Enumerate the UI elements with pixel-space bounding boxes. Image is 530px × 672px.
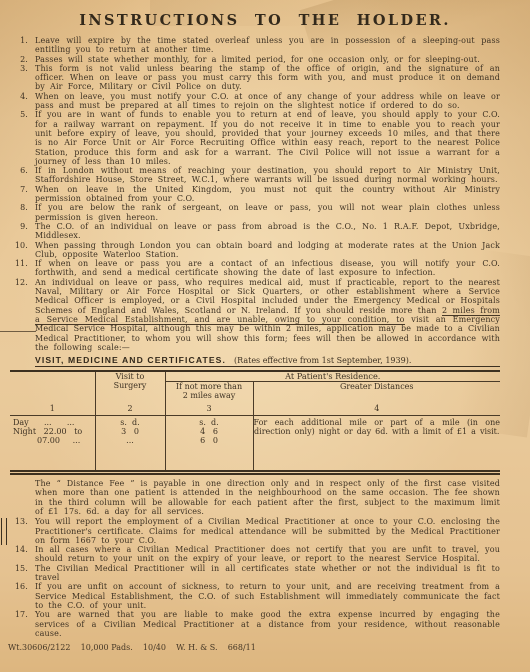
- rates-heading-subtext: (Rates effective from 1st September, 193…: [234, 356, 411, 365]
- item-number: 1.: [8, 36, 35, 55]
- instruction-item-6: 6.If in London without means of reaching…: [8, 166, 500, 185]
- item-number: 11.: [8, 259, 35, 278]
- instruction-item-4: 4.When on leave, you must notify your C.…: [8, 92, 500, 111]
- instruction-item-15: 15.The Civilian Medical Practitioner wil…: [8, 564, 500, 583]
- instruction-item-14: 14.In all cases where a Civilian Medical…: [8, 545, 500, 564]
- surgery-night-fee: ...: [96, 436, 165, 445]
- rates-heading-text: VISIT, MEDICINE AND CERTIFICATES.: [35, 355, 226, 365]
- item-text: You are warned that you are liable to ma…: [35, 610, 500, 638]
- item-text: The C.O. of an individual on leave or pa…: [35, 222, 500, 241]
- rates-table-near-cell: s. d. 4 6 6 0: [165, 416, 253, 473]
- instructions-page: INSTRUCTIONS TO THE HOLDER. 1.Leave will…: [0, 0, 530, 652]
- rates-table-colnum-3: 3: [165, 400, 253, 416]
- instruction-item-7: 7.When on leave in the United Kingdom, y…: [8, 185, 500, 204]
- near-day-fee: 4 6: [166, 427, 253, 436]
- rates-table-surgery-cell: s. d. 3 0 ...: [95, 416, 165, 473]
- instruction-item-11: 11.If when on leave or pass you are a co…: [8, 259, 500, 278]
- surgery-day-fee: 3 0: [96, 427, 165, 436]
- rates-table-header-greater: Greater Distances: [253, 382, 500, 401]
- item-text: When on leave in the United Kingdom, you…: [35, 185, 500, 204]
- night-row-label: Night 22.00 to: [10, 427, 95, 436]
- item-text: If in London without means of reaching y…: [35, 166, 500, 185]
- item-number: 15.: [8, 564, 35, 583]
- item-text-pre: An individual on leave or pass, who requ…: [35, 278, 500, 315]
- distance-fee-note: The “ Distance Fee ” is payable in one d…: [35, 479, 500, 516]
- item-number: 9.: [8, 222, 35, 241]
- instruction-list-2: 13.You will report the employment of a C…: [8, 517, 500, 638]
- instruction-list-1: 1.Leave will expire by the time stated o…: [8, 36, 500, 352]
- item-number: 2.: [8, 55, 35, 64]
- instruction-item-9: 9.The C.O. of an individual on leave or …: [8, 222, 500, 241]
- night-row-label-2: 07.00 ...: [10, 436, 95, 445]
- item-text: An individual on leave or pass, who requ…: [35, 278, 500, 352]
- item-number: 3.: [8, 64, 35, 92]
- instruction-item-12: 12.An individual on leave or pass, who r…: [8, 278, 500, 352]
- instruction-item-3: 3.This form is not valid unless bearing …: [8, 64, 500, 92]
- double-bar-margin-mark: [1, 518, 7, 545]
- item-text: If when on leave or pass you are a conta…: [35, 259, 500, 278]
- item-text: When passing through London you can obta…: [35, 241, 500, 260]
- item-number: 8.: [8, 203, 35, 222]
- item-text: When on leave, you must notify your C.O.…: [35, 92, 500, 111]
- item-number: 4.: [8, 92, 35, 111]
- item-text: The Civilian Medical Practitioner will i…: [35, 564, 500, 583]
- instruction-item-16: 16.If you are unfit on account of sickne…: [8, 582, 500, 610]
- rates-table-header-near: If not more than 2 miles away: [165, 382, 253, 401]
- item-number: 7.: [8, 185, 35, 204]
- rates-table-daynight-cell: Day ... ... Night 22.00 to 07.00 ...: [10, 416, 95, 473]
- rates-table-corner-cell: [10, 371, 95, 400]
- day-row-label: Day ... ...: [10, 418, 95, 427]
- item-text: This form is not valid unless bearing th…: [35, 64, 500, 92]
- item-number: 17.: [8, 610, 35, 638]
- item-number: 13.: [8, 517, 35, 545]
- instruction-item-13: 13.You will report the employment of a C…: [8, 517, 500, 545]
- instruction-item-8: 8.If you are below the rank of sergeant,…: [8, 203, 500, 222]
- instruction-item-17: 17.You are warned that you are liable to…: [8, 610, 500, 638]
- rates-table-colnum-4: 4: [253, 400, 500, 416]
- item-text: Leave will expire by the time stated ove…: [35, 36, 500, 55]
- surgery-sd-header: s. d.: [96, 418, 165, 427]
- item-text: In all cases where a Civilian Medical Pr…: [35, 545, 500, 564]
- rates-table-colnum-1: 1: [10, 400, 95, 416]
- item-number: 12.: [8, 278, 35, 352]
- item-text: If you are below the rank of sergeant, o…: [35, 203, 500, 222]
- rates-table-colnum-2: 2: [95, 400, 165, 416]
- item-text: If you are unfit on account of sickness,…: [35, 582, 500, 610]
- item-text: You will report the employment of a Civi…: [35, 517, 500, 545]
- near-sd-header: s. d.: [166, 418, 253, 427]
- printers-imprint: Wt.30606/2122 10,000 Pads. 10/40 W. H. &…: [8, 643, 500, 652]
- rates-table: Visit to Surgery At Patient's Residence.…: [10, 370, 500, 475]
- rates-table-greater-cell: For each additional mile or part of a mi…: [253, 416, 500, 473]
- item-number: 14.: [8, 545, 35, 564]
- instruction-item-2: 2.Passes will state whether monthly, for…: [8, 55, 500, 64]
- item-number: 5.: [8, 110, 35, 166]
- instruction-item-10: 10.When passing through London you can o…: [8, 241, 500, 260]
- item-number: 16.: [8, 582, 35, 610]
- rates-table-header-residence: At Patient's Residence.: [165, 371, 500, 382]
- near-night-fee: 6 0: [166, 436, 253, 445]
- instruction-item-5: 5.If you are in want of funds to enable …: [8, 110, 500, 166]
- rates-table-header-surgery: Visit to Surgery: [95, 371, 165, 400]
- item-number: 6.: [8, 166, 35, 185]
- item-number: 10.: [8, 241, 35, 260]
- item-text: Passes will state whether monthly, for a…: [35, 55, 500, 64]
- page-title: INSTRUCTIONS TO THE HOLDER.: [30, 12, 500, 29]
- instruction-item-1: 1.Leave will expire by the time stated o…: [8, 36, 500, 55]
- item-text: If you are in want of funds to enable yo…: [35, 110, 500, 166]
- rates-section-heading: VISIT, MEDICINE AND CERTIFICATES. (Rates…: [35, 355, 500, 367]
